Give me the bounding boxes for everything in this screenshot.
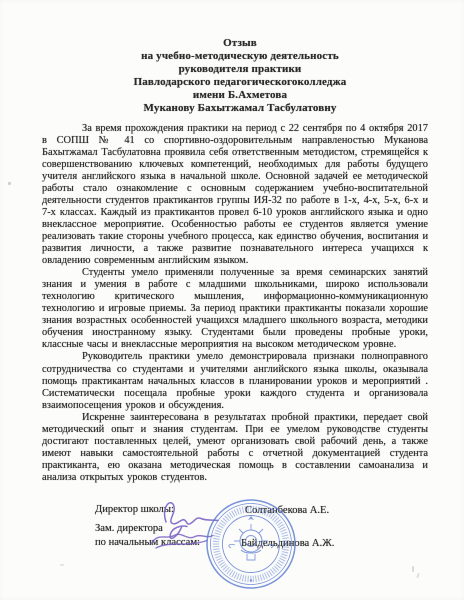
title-line-college: Павлодарского педагогическогоколледжа: [46, 76, 434, 89]
stamp-center-emblem: [229, 516, 273, 560]
official-round-stamp: [205, 498, 297, 590]
document-title-block: Отзыв на учебно-методическую деятельност…: [46, 0, 434, 116]
title-line-role: руководителя практики: [46, 63, 434, 76]
title-line-subject: на учебно-методическую деятельность: [46, 50, 434, 63]
scan-speck-bottom-right-1: [412, 566, 414, 572]
scan-speck-bottom-right-2: [416, 573, 420, 578]
scan-speck-bottom-left: [60, 564, 64, 566]
document-body: За время прохождения практики на период …: [42, 123, 428, 484]
title-line-otzyv: Отзыв: [46, 37, 434, 50]
scan-speck-left: [8, 182, 11, 185]
title-line-person: Муканову Бахытжамал Тасбулатовну: [46, 102, 434, 115]
paragraph-results: Искренне заинтересована в результатах пр…: [42, 412, 428, 484]
paragraph-students-skills: Студенты умело применяли полученные за в…: [42, 267, 428, 351]
title-line-named-after: имени Б.Ахметова: [46, 89, 434, 102]
scanned-document-page: Отзыв на учебно-методическую деятельност…: [0, 0, 464, 600]
paragraph-practice-overview: За время прохождения практики на период …: [42, 123, 428, 268]
paragraph-supervisor-cooperation: Руководитель практики умело демонстриров…: [42, 351, 428, 411]
